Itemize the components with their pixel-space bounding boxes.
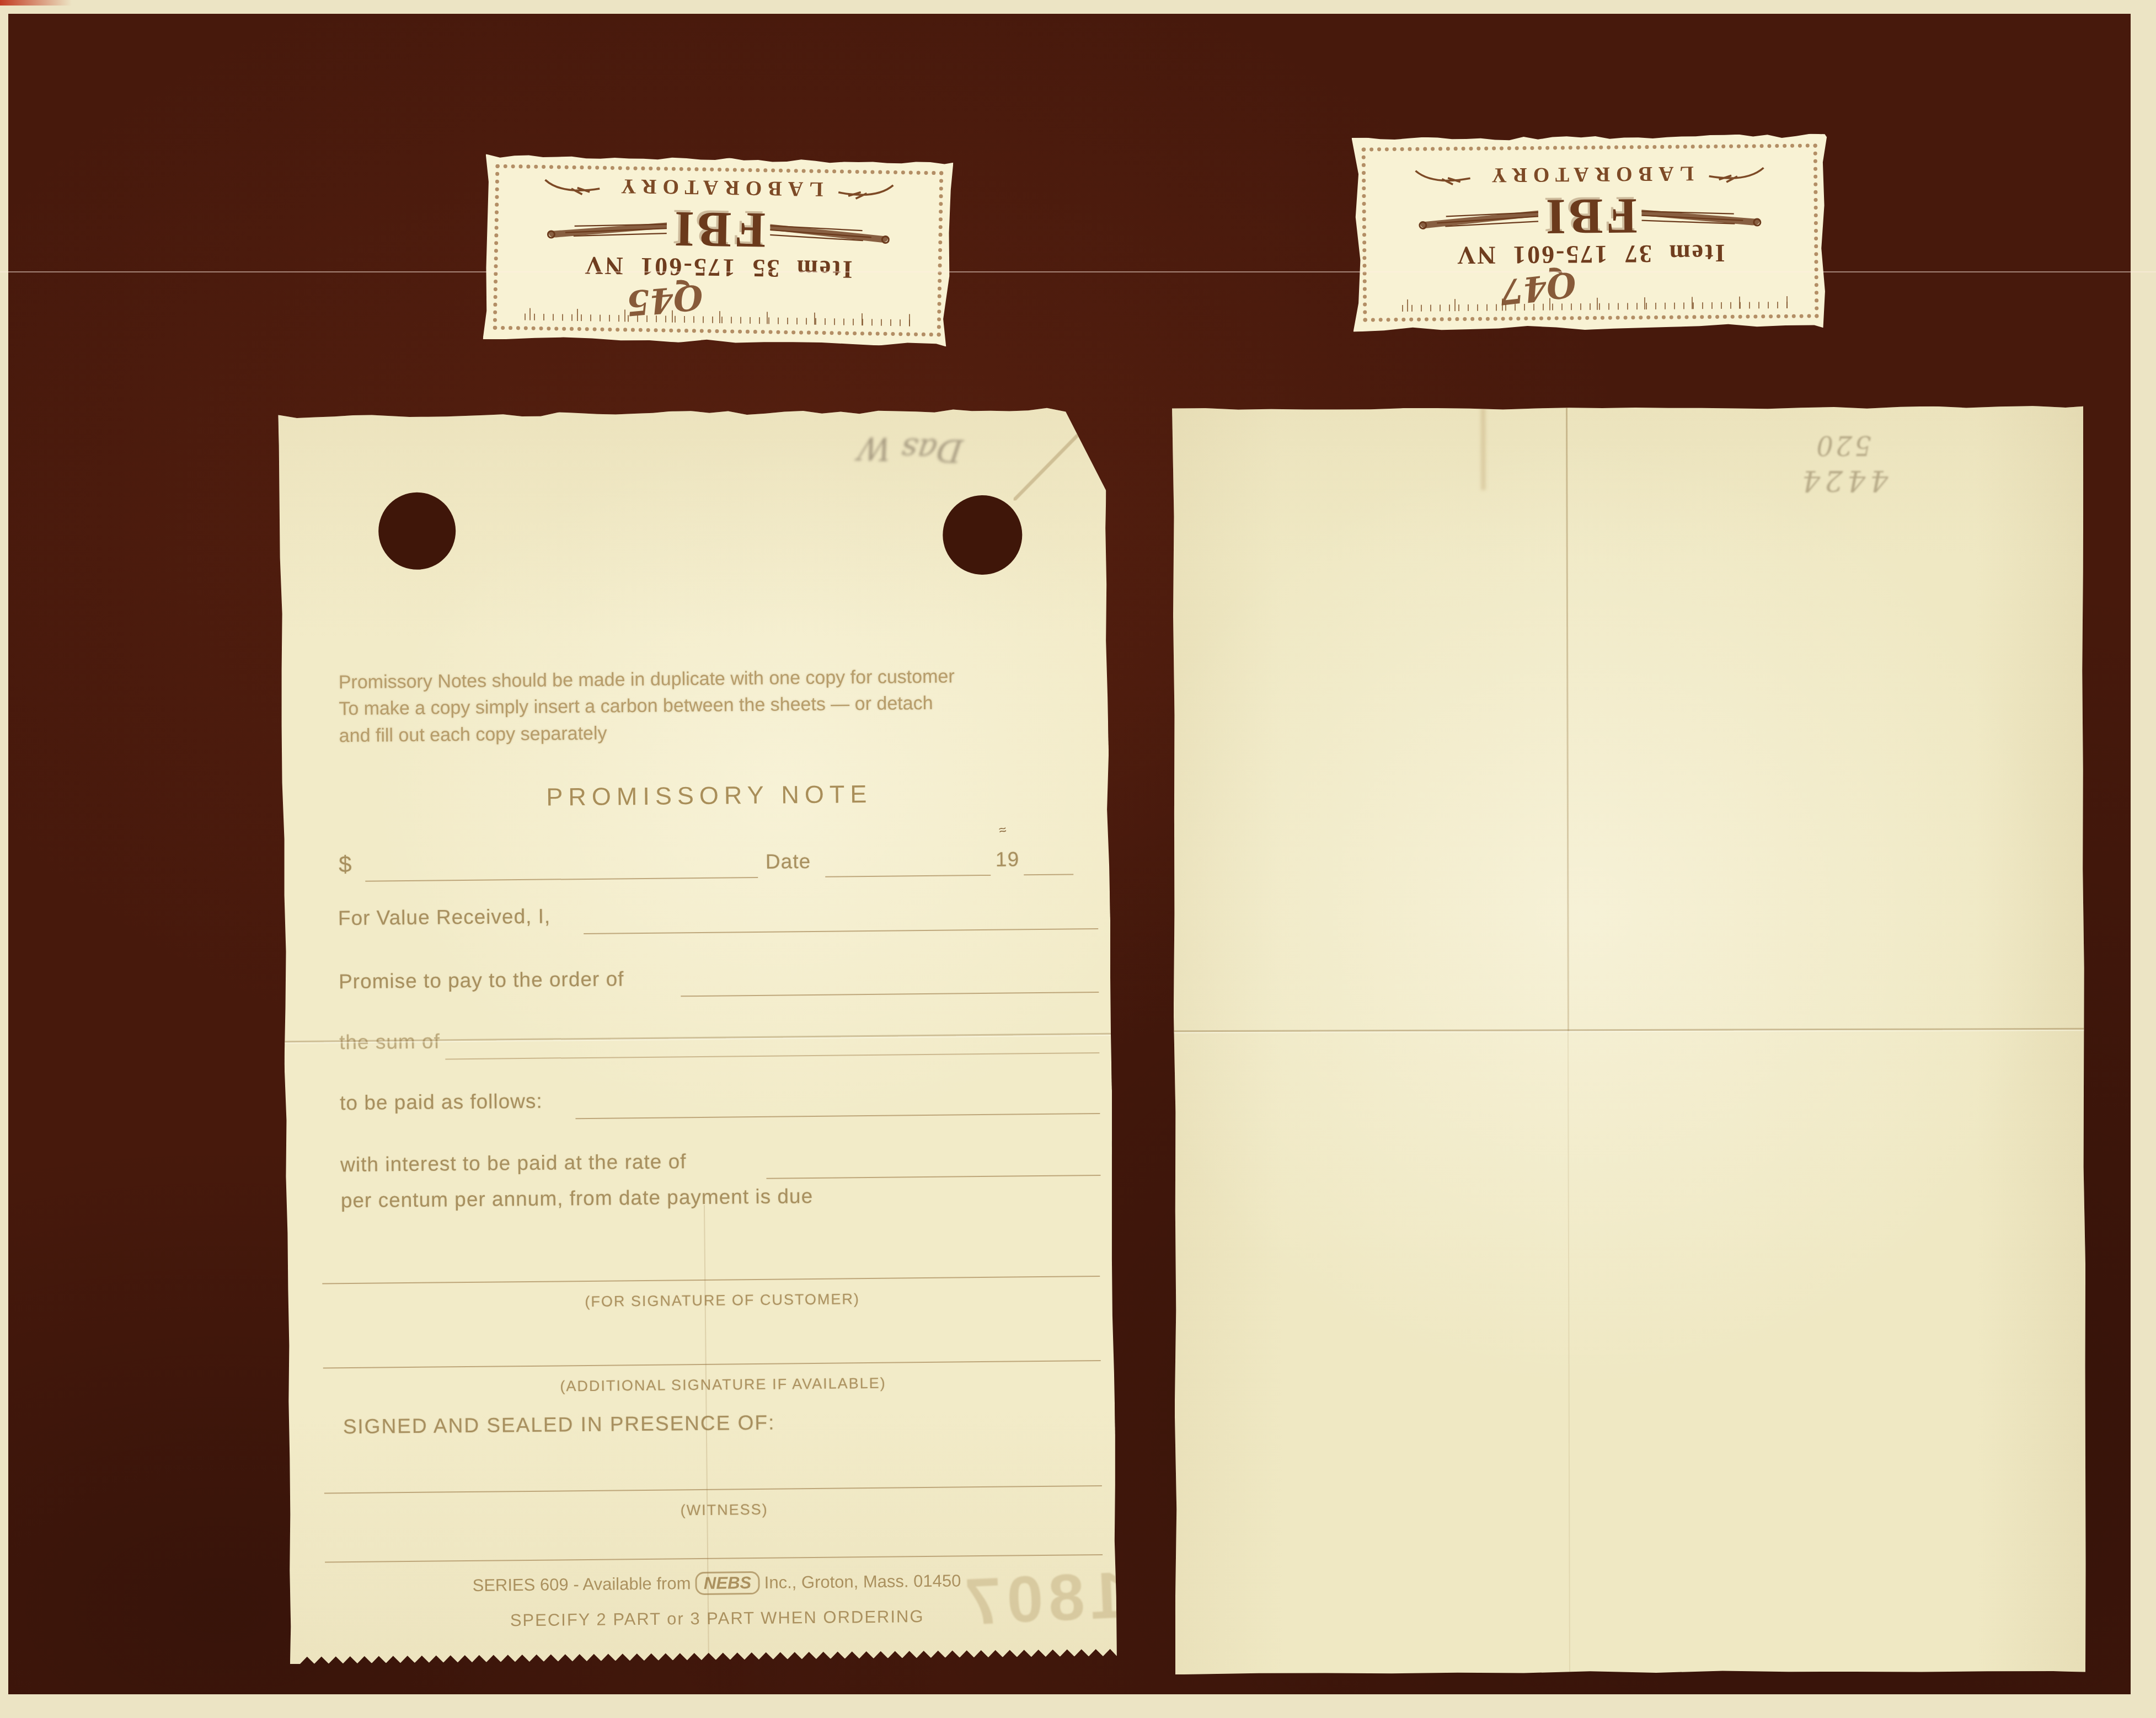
sum-line — [445, 1052, 1099, 1059]
sum-label: the sum of — [339, 1030, 440, 1054]
fbi-label-q45: Q45 Item 35 175-601 NV FBI — [483, 154, 953, 346]
date-field-line — [825, 875, 991, 877]
instructions-paragraph: Promissory Notes should be made in dupli… — [339, 662, 1073, 749]
laboratory-row: LABORATORY — [1357, 160, 1822, 188]
fbi-label-q45-content: Q45 Item 35 175-601 NV FBI — [489, 160, 948, 341]
vertical-fold-crease-lower — [1567, 1031, 1570, 1673]
horizontal-fold-crease — [1174, 1028, 2085, 1032]
fbi-winged-logo: FBI — [490, 200, 947, 261]
additional-signature-line — [323, 1360, 1101, 1369]
laboratory-text: LABORATORY — [1485, 161, 1694, 187]
series-text-2: Inc., Groton, Mass. 01450 — [764, 1571, 961, 1592]
witness-line — [324, 1485, 1102, 1494]
value-received-line — [584, 928, 1098, 934]
vertical-fold-crease — [1566, 407, 1569, 1031]
paid-as-follows-line — [575, 1113, 1100, 1119]
right-wing-icon — [544, 211, 669, 246]
witness-caption: (WITNESS) — [341, 1498, 1108, 1522]
laboratory-left-ornament-icon — [835, 179, 896, 200]
date-label: Date — [766, 850, 811, 874]
faint-mark-line-1: 4424 — [1760, 464, 1925, 497]
left-wing-icon — [768, 214, 892, 249]
specimen-number: Q45 — [624, 276, 705, 323]
per-centum-label: per centum per annum, from date payment … — [341, 1185, 814, 1212]
series-text: SERIES 609 - Available from — [472, 1574, 691, 1595]
dollar-sign-label: $ — [339, 851, 352, 877]
form-title: PROMISSORY NOTE — [315, 778, 1104, 814]
right-wing-icon — [1416, 201, 1541, 235]
punch-hole-right — [943, 495, 1023, 575]
interest-line — [766, 1175, 1100, 1179]
additional-signature-caption: (ADDITIONAL SIGNATURE IF AVAILABLE) — [340, 1373, 1106, 1397]
extra-rule-line — [325, 1554, 1103, 1563]
paper-stain — [1481, 408, 1485, 490]
left-wing-icon — [1639, 199, 1764, 233]
fbi-winged-logo: FBI — [1357, 188, 1822, 245]
promise-label: Promise to pay to the order of — [339, 967, 624, 993]
promise-line — [681, 992, 1099, 997]
amount-field-line — [365, 877, 758, 882]
photo-edge-artifact — [0, 0, 72, 6]
fbi-label-q47-content: Q47 Item 37 175-601 NV FBI — [1357, 139, 1823, 326]
blank-folded-sheet: 4424 520 — [1172, 406, 2087, 1674]
faint-pencil-marks: 4424 520 — [1760, 430, 1925, 497]
year-prefix: 19 — [996, 848, 1020, 871]
year-field-line — [1024, 874, 1073, 875]
fbi-wordmark: FBI — [1543, 191, 1638, 242]
customer-signature-line — [322, 1276, 1100, 1285]
value-received-label: For Value Received, I, — [338, 905, 551, 930]
faint-mark-line-2: 520 — [1760, 430, 1925, 461]
laboratory-right-ornament-icon — [1413, 165, 1473, 186]
nebs-logo: NEBS — [696, 1571, 760, 1595]
promissory-note-form: Das W Promissory Notes should be made in… — [278, 407, 1117, 1664]
presence-label: SIGNED AND SEALED IN PRESENCE OF: — [343, 1411, 775, 1439]
faint-handwriting-offset: Das W — [794, 428, 965, 469]
customer-signature-caption: (FOR SIGNATURE OF CUSTOMER) — [339, 1288, 1105, 1313]
paid-as-follows-label: to be paid as follows: — [340, 1090, 543, 1115]
interest-label: with interest to be paid at the rate of — [340, 1150, 687, 1176]
stray-mark: ≈ — [998, 822, 1008, 839]
laboratory-right-ornament-icon — [542, 175, 603, 196]
fbi-wordmark: FBI — [671, 204, 766, 256]
laboratory-left-ornament-icon — [1706, 163, 1767, 183]
fbi-label-q47: Q47 Item 37 175-601 NV FBI — [1351, 133, 1828, 332]
laboratory-text: LABORATORY — [615, 174, 823, 201]
evidence-photograph: Q45 Item 35 175-601 NV FBI — [0, 0, 2156, 1718]
bleed-through-number: 1807 — [958, 1558, 1128, 1640]
punch-hole-left — [378, 492, 456, 570]
